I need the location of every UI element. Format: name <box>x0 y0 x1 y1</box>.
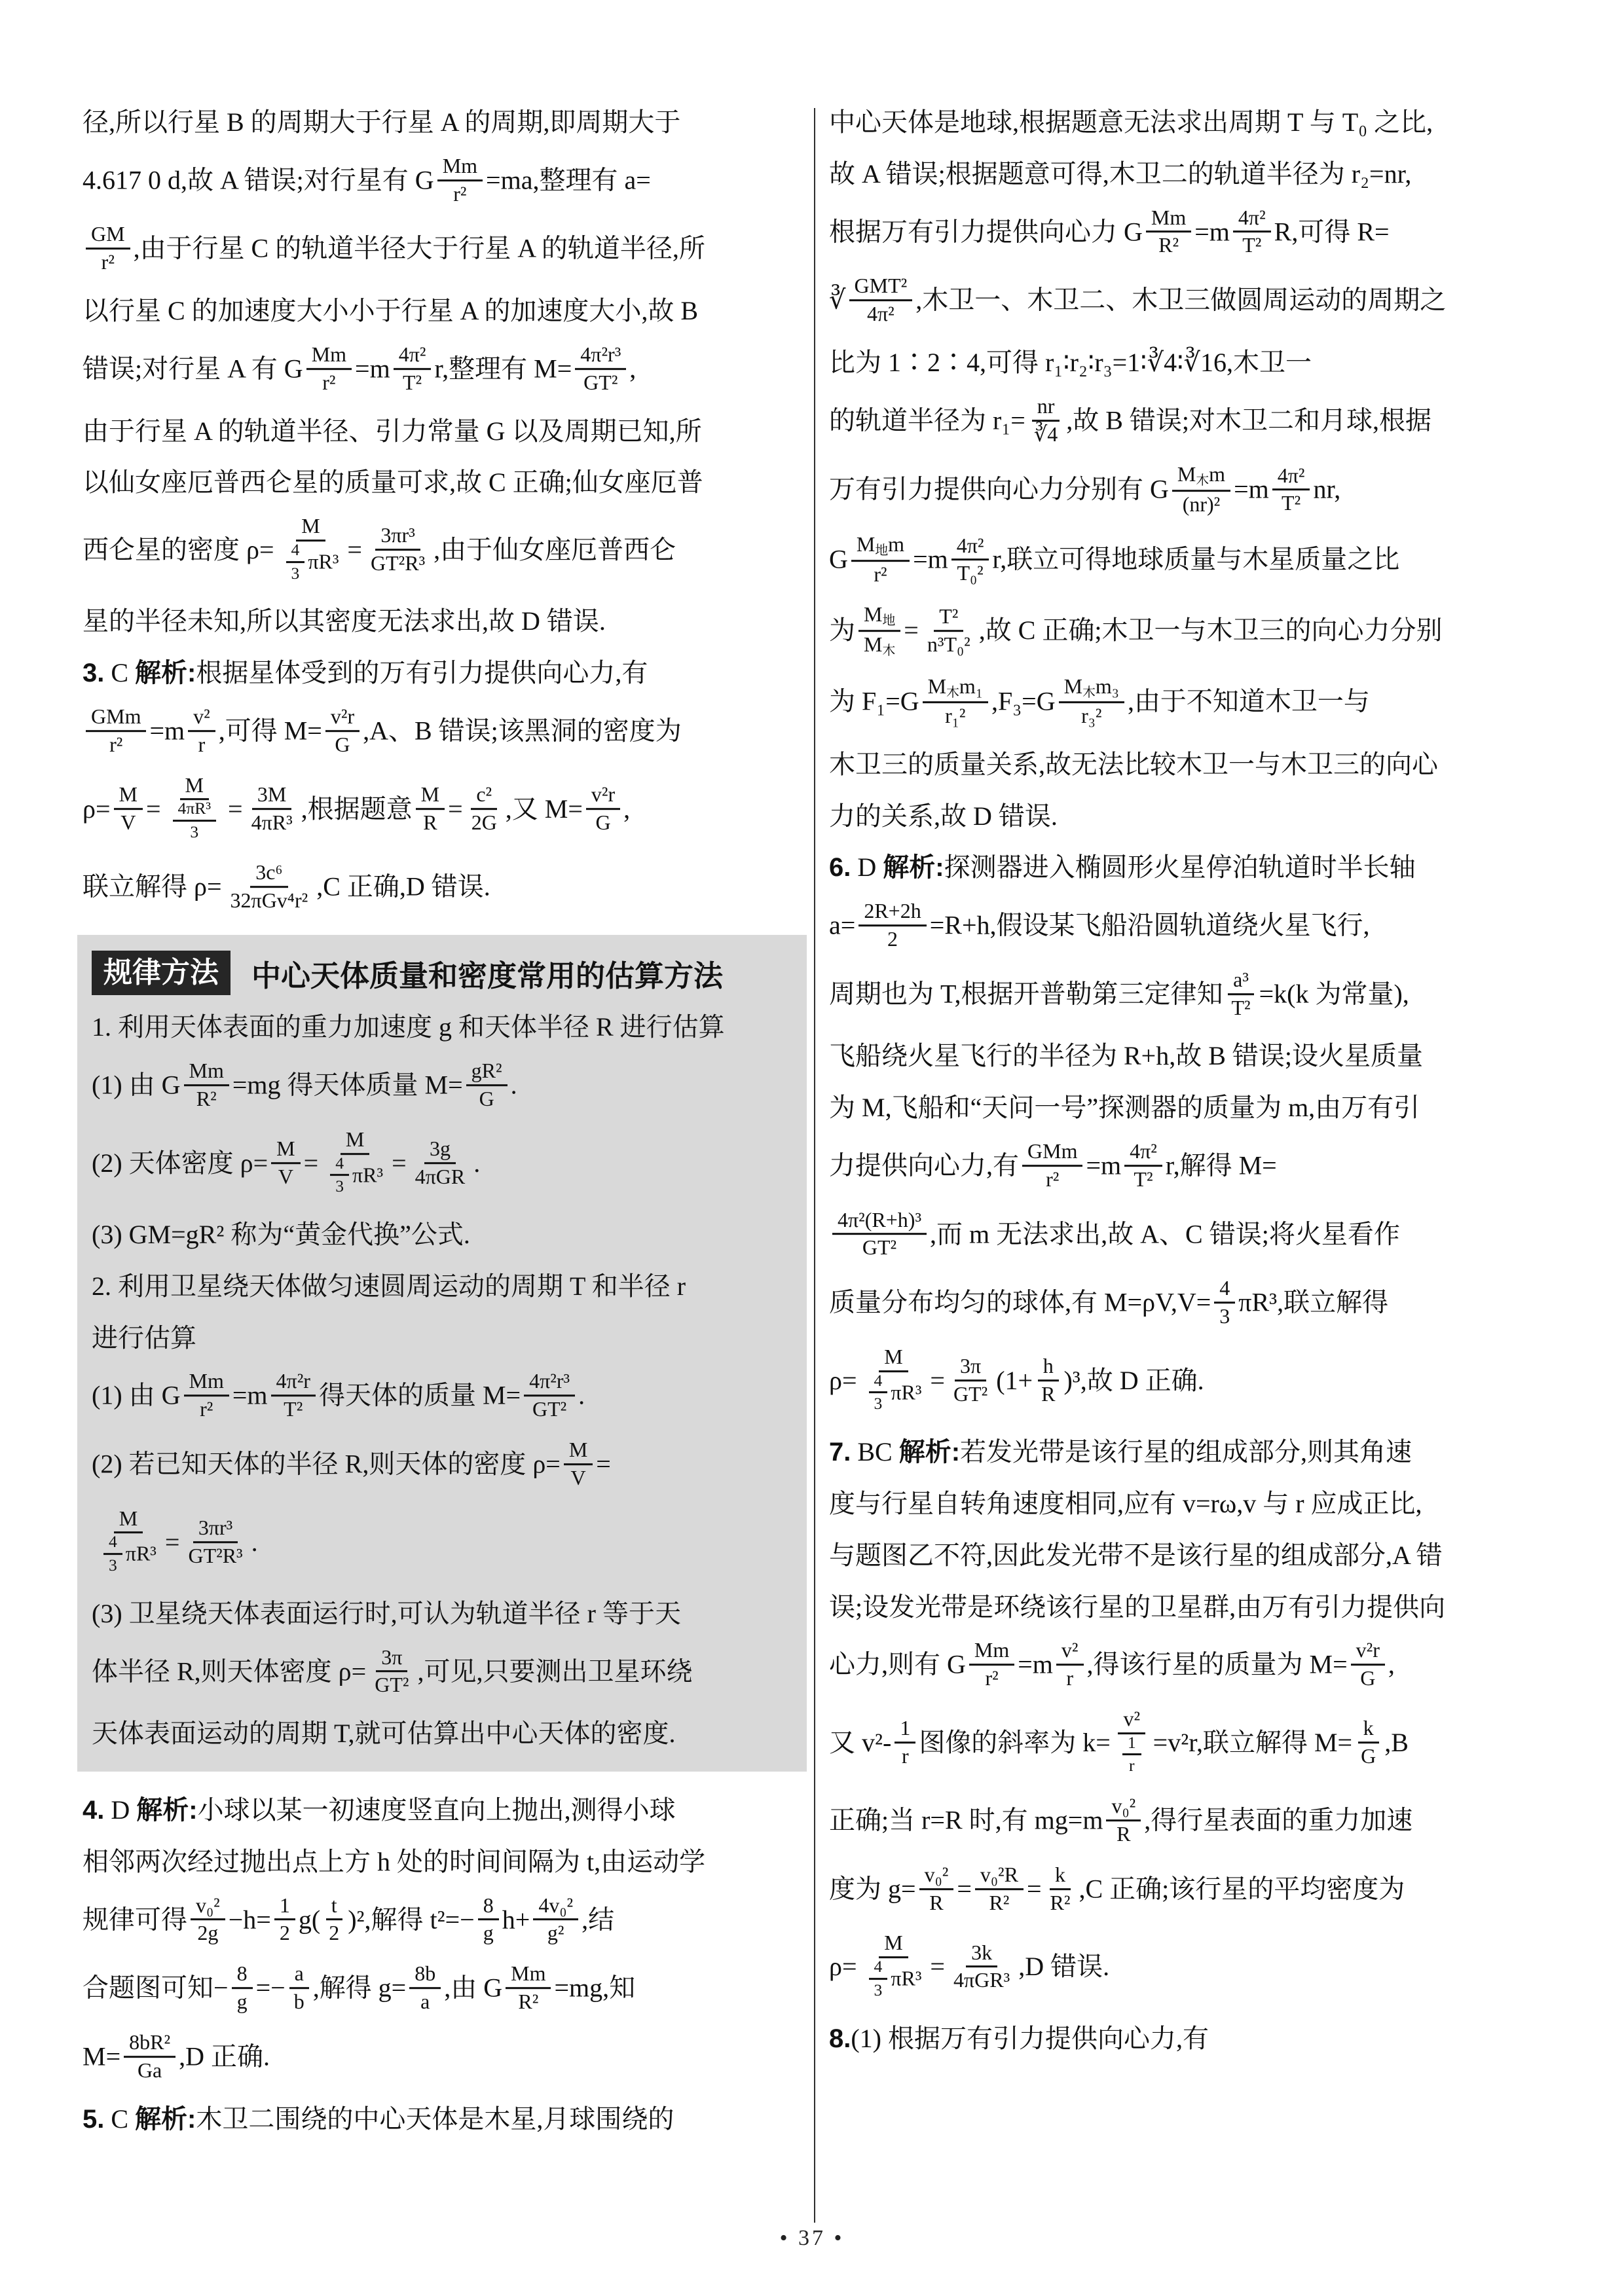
right-text: 中心天体是地球,根据题意无法求出周期 T 与 T₀ 之比,故 A 错误;根据题意… <box>829 97 1547 2064</box>
text-line: 以行星 C 的加速度大小小于行星 A 的加速度大小,故 B <box>83 285 802 337</box>
text-line: 正确;当 r=R 时,有 mg=mv₀²R,得行星表面的重力加速 <box>829 1789 1547 1857</box>
text-line: 为 M,飞船和“天问一号”探测器的质量为 m,由万有引 <box>829 1082 1547 1134</box>
text-line: 为M地M木=T²n³T₀²,故 C 正确;木卫一与木卫三的向心力分别 <box>829 597 1547 668</box>
text-line: 飞船绕火星飞行的半径为 R+h,故 B 错误;设火星质量 <box>829 1030 1547 1082</box>
text-line: (2) 天体密度 ρ=MV=M43πR³=3g4πGR. <box>92 1122 790 1209</box>
text-line: 度与行星自转角速度相同,应有 v=rω,v 与 r 应成正比, <box>829 1478 1547 1530</box>
method-box-body: 1. 利用天体表面的重力加速度 g 和天体半径 R 进行估算(1) 由 GMmR… <box>92 1002 790 1760</box>
text-line: 木卫三的质量关系,故无法比较木卫一与木卫三的向心 <box>829 739 1547 791</box>
text-line: (3) GM=gR² 称为“黄金代换”公式. <box>92 1209 790 1261</box>
text-line: 与题图乙不符,因此发光带不是该行星的组成部分,A 错 <box>829 1530 1547 1582</box>
text-line: 力提供向心力,有GMmr²=m4π²T²r,解得 M= <box>829 1134 1547 1203</box>
text-line: 径,所以行星 B 的周期大于行星 A 的周期,即周期大于 <box>83 97 802 149</box>
text-line: 质量分布均匀的球体,有 M=ρV,V=43πR³,联立解得 <box>829 1271 1547 1339</box>
text-line: (2) 若已知天体的半径 R,则天体的密度 ρ=MV= <box>92 1432 790 1501</box>
text-line: 1. 利用天体表面的重力加速度 g 和天体半径 R 进行估算 <box>92 1002 790 1053</box>
column-divider-rule <box>814 108 815 2223</box>
text-line: 5. C 解析:木卫二围绕的中心天体是木星,月球围绕的 <box>83 2094 802 2145</box>
text-line: 的轨道半径为 r₁=nr∛4,故 B 错误;对木卫二和月球,根据 <box>829 389 1547 458</box>
text-line: 误;设发光带是环绕该行星的卫星群,由万有引力提供向 <box>829 1582 1547 1633</box>
text-line: 力的关系,故 D 错误. <box>829 791 1547 843</box>
text-line: 比为 1∶2∶4,可得 r₁∶r₂∶r₃=1∶∛4∶∛16,木卫一 <box>829 337 1547 389</box>
text-line: 以仙女座厄普西仑星的质量可求,故 C 正确;仙女座厄普 <box>83 457 802 509</box>
text-line: 根据万有引力提供向心力 GMmR²=m4π²T²R,可得 R= <box>829 200 1547 269</box>
text-line: 天体表面运动的周期 T,就可估算出中心天体的密度. <box>92 1708 790 1760</box>
text-line: GMr²,由于行星 C 的轨道半径大于行星 A 的轨道半径,所 <box>83 217 802 285</box>
answer-page: 径,所以行星 B 的周期大于行星 A 的周期,即周期大于4.617 0 d,故 … <box>0 0 1624 2296</box>
text-line: 4.617 0 d,故 A 错误;对行星有 GMmr²=ma,整理有 a= <box>83 149 802 217</box>
text-line: ρ=M43πR³=3k4πGR³,D 错误. <box>829 1925 1547 2013</box>
text-line: GMmr²=mv²r,可得 M=v²rG,A、B 错误;该黑洞的密度为 <box>83 699 802 768</box>
text-line: 6. D 解析:探测器进入椭圆形火星停泊轨道时半长轴 <box>829 842 1547 894</box>
text-line: (1) 由 GMmr²=m4π²rT²得天体的质量 M=4π²r³GT². <box>92 1364 790 1432</box>
text-line: ρ=MV=M4πR³3=3M4πR³,根据题意MR=c²2G,又 M=v²rG, <box>83 768 802 855</box>
text-line: 8.(1) 根据万有引力提供向心力,有 <box>829 2013 1547 2065</box>
text-line: 规律可得v₀²2g−h=12g(t2)²,解得 t²=−8gh+4v₀²g²,结 <box>83 1888 802 1957</box>
method-box-tag: 规律方法 <box>92 951 231 995</box>
text-line: M43πR³=3πr³GT²R³. <box>92 1501 790 1588</box>
text-line: M=8bR²Ga,D 正确. <box>83 2025 802 2094</box>
text-line: 又 v²-1r图像的斜率为 k=v²1r=v²r,联立解得 M=kG,B <box>829 1702 1547 1789</box>
method-box-header: 规律方法 中心天体质量和密度常用的估算方法 <box>92 939 790 1002</box>
text-line: 7. BC 解析:若发光带是该行星的组成部分,则其角速 <box>829 1427 1547 1478</box>
text-line: ∛GMT²4π²,木卫一、木卫二、木卫三做圆周运动的周期之 <box>829 268 1547 337</box>
text-line: 心力,则有 GMmr²=mv²r,得该行星的质量为 M=v²rG, <box>829 1633 1547 1702</box>
text-line: 体半径 R,则天体密度 ρ=3πGT²,可见,只要测出卫星环绕 <box>92 1640 790 1709</box>
text-line: 进行估算 <box>92 1313 790 1364</box>
page-number: • 37 • <box>0 2226 1624 2251</box>
text-line: 3. C 解析:根据星体受到的万有引力提供向心力,有 <box>83 647 802 699</box>
text-line: 星的半径未知,所以其密度无法求出,故 D 错误. <box>83 596 802 647</box>
text-line: a=2R+2h2=R+h,假设某飞船沿圆轨道绕火星飞行, <box>829 894 1547 962</box>
text-line: (1) 由 GMmR²=mg 得天体质量 M=gR²G. <box>92 1053 790 1122</box>
method-box: 规律方法 中心天体质量和密度常用的估算方法 1. 利用天体表面的重力加速度 g … <box>77 935 807 1772</box>
text-line: 为 F₁=GM木m₁r₁²,F₃=GM木m₃r₃²,由于不知道木卫一与 <box>829 669 1547 739</box>
text-line: 合题图可知−8g=−ab,解得 g=8ba,由 GMmR²=mg,知 <box>83 1956 802 2025</box>
text-line: ρ=M43πR³=3πGT²(1+hR)³,故 D 正确. <box>829 1339 1547 1427</box>
text-line: 西仑星的密度 ρ=M43πR³=3πr³GT²R³,由于仙女座厄普西仑 <box>83 509 802 596</box>
text-line: GM地mr²=m4π²T₀²r,联立可得地球质量与木星质量之比 <box>829 527 1547 597</box>
text-line: 相邻两次经过抛出点上方 h 处的时间间隔为 t,由运动学 <box>83 1836 802 1888</box>
text-line: (3) 卫星绕天体表面运行时,可认为轨道半径 r 等于天 <box>92 1588 790 1640</box>
left-column: 径,所以行星 B 的周期大于行星 A 的周期,即周期大于4.617 0 d,故 … <box>83 97 802 2145</box>
text-line: 4. D 解析:小球以某一初速度竖直向上抛出,测得小球 <box>83 1785 802 1836</box>
text-line: 2. 利用卫星绕天体做匀速圆周运动的周期 T 和半径 r <box>92 1261 790 1313</box>
text-line: 度为 g=v₀²R=v₀²RR²=kR²,C 正确;该行星的平均密度为 <box>829 1857 1547 1926</box>
text-line: 周期也为 T,根据开普勒第三定律知a³T²=k(k 为常量), <box>829 962 1547 1031</box>
text-line: 由于行星 A 的轨道半径、引力常量 G 以及周期已知,所 <box>83 406 802 458</box>
right-column: 中心天体是地球,根据题意无法求出周期 T 与 T₀ 之比,故 A 错误;根据题意… <box>829 97 1547 2064</box>
method-box-title: 中心天体质量和密度常用的估算方法 <box>251 952 723 994</box>
left-text-top: 径,所以行星 B 的周期大于行星 A 的周期,即周期大于4.617 0 d,故 … <box>83 97 802 923</box>
text-line: 4π²(R+h)³GT²,而 m 无法求出,故 A、C 错误;将火星看作 <box>829 1203 1547 1271</box>
text-line: 万有引力提供向心力分别有 GM木m(nr)²=m4π²T²nr, <box>829 457 1547 527</box>
left-text-bottom: 4. D 解析:小球以某一初速度竖直向上抛出,测得小球相邻两次经过抛出点上方 h… <box>83 1785 802 2145</box>
text-line: 错误;对行星 A 有 GMmr²=m4π²T²r,整理有 M=4π²r³GT², <box>83 337 802 406</box>
text-line: 中心天体是地球,根据题意无法求出周期 T 与 T₀ 之比, <box>829 97 1547 149</box>
text-line: 故 A 错误;根据题意可得,木卫二的轨道半径为 r₂=nr, <box>829 149 1547 200</box>
text-line: 联立解得 ρ=3c⁶32πGv⁴r²,C 正确,D 错误. <box>83 855 802 924</box>
